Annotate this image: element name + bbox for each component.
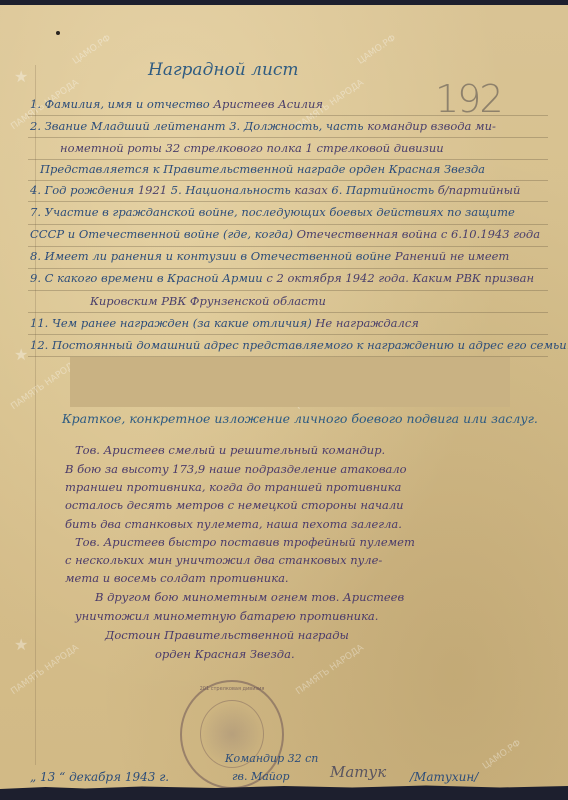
field-rank-position: 2. Звание Младший лейтенант 3. Должность… <box>30 119 496 133</box>
watermark-pamyat: ПАМЯТЬ НАРОДА <box>294 643 365 697</box>
redacted-area <box>70 357 510 407</box>
field-home-address: 12. Постоянный домашний адрес представля… <box>30 338 568 352</box>
field-participation: СССР и Отечественной войне (где, когда) … <box>30 227 540 241</box>
field-army-since: 9. С какого времени в Красной Армии с 2 … <box>30 271 534 285</box>
watermark-camo: ЦАМО.РФ <box>481 738 523 771</box>
award-sheet-page: ЦАМО.РФ ЦАМО.РФ ★ ПАМЯТЬ НАРОДА ПАМЯТЬ Н… <box>0 5 568 793</box>
feat-line: мета и восемь солдат противника. <box>65 571 289 585</box>
feat-line: траншеи противника, когда до траншей про… <box>65 480 401 494</box>
field-participation-label: 7. Участие в гражданской войне, последую… <box>30 205 515 219</box>
field-full-name: 1. Фамилия, имя и отчество Аристеев Асил… <box>30 97 323 111</box>
field-birth-nationality-party: 4. Год рождения 1921 5. Национальность к… <box>30 183 520 197</box>
star-icon: ★ <box>14 67 28 86</box>
star-icon: ★ <box>14 635 28 654</box>
field-wounds: 8. Имеет ли ранения и контузии в Отечест… <box>30 249 509 263</box>
feat-line: с нескольких мин уничтожил два станковых… <box>65 553 382 567</box>
signature-rank: гв. Майор <box>232 770 290 783</box>
feat-line: Тов. Аристеев быстро поставив трофейный … <box>75 535 415 549</box>
signature-name: /Матухин/ <box>410 770 478 784</box>
field-recruitment-office: Кировским РВК Фрунзенской области <box>90 294 326 308</box>
document-title: Наградной лист <box>148 60 299 80</box>
star-icon: ★ <box>14 345 28 364</box>
feat-line: уничтожил минометную батарею противника. <box>75 609 378 623</box>
feat-line: Достоин Правительственной награды <box>105 628 349 642</box>
watermark-camo: ЦАМО.РФ <box>71 33 113 66</box>
feat-line: осталось десять метров с немецкой сторон… <box>65 498 404 512</box>
field-nomination: Представляется к Правительственной награ… <box>40 162 485 176</box>
field-previous-awards: 11. Чем ранее награжден (за какие отличи… <box>30 316 419 330</box>
feat-line: бить два станковых пулемета, наша пехота… <box>65 517 402 531</box>
feat-line: В бою за высоту 173,9 наше подразделение… <box>65 462 407 476</box>
feat-line: орден Красная Звезда. <box>155 647 295 661</box>
watermark-camo: ЦАМО.РФ <box>356 33 398 66</box>
torn-edge <box>0 783 568 793</box>
feat-section-title: Краткое, конкретное изложение личного бо… <box>62 411 538 426</box>
punch-hole <box>56 31 60 35</box>
signature-date: „ 13 “ декабря 1943 г. <box>30 770 169 784</box>
feat-line: В другом бою минометным огнем тов. Арист… <box>95 590 404 604</box>
margin-line <box>35 65 36 765</box>
field-unit: нометной роты 32 стрелкового полка 1 стр… <box>60 141 444 155</box>
feat-line: Тов. Аристеев смелый и решительный коман… <box>75 443 385 457</box>
signature-scrawl: Матук <box>330 763 386 781</box>
signature-role: Командир 32 сп <box>225 752 318 765</box>
